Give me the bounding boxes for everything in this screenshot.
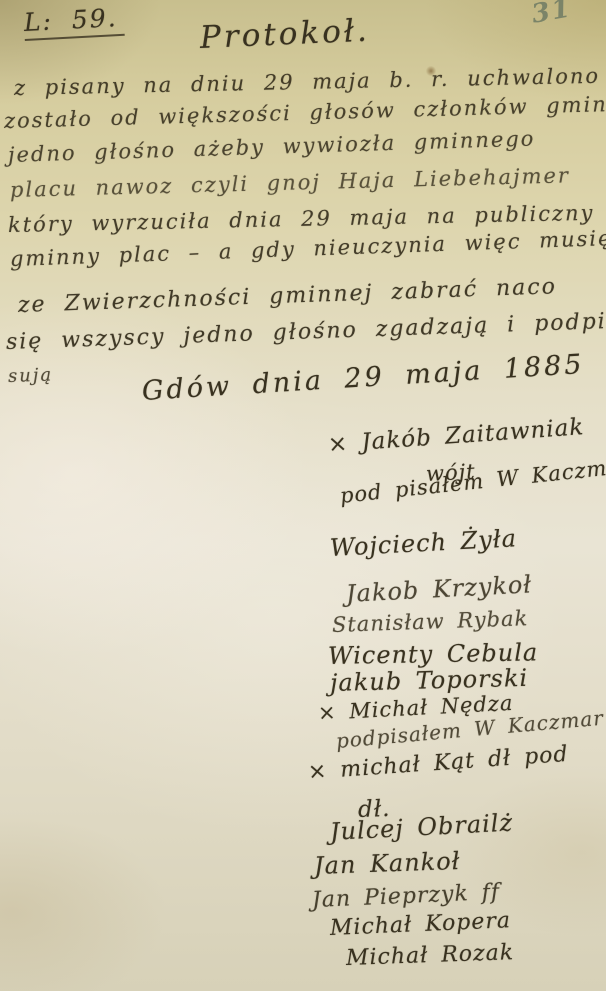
signature-line: Julcej Obrailż (329, 808, 514, 846)
body-line: się wszyscy jedno głośno zgadzają i podp… (6, 309, 606, 355)
signature-line: Michał Kopera (329, 908, 511, 941)
document-page: L: 59. Protokoł. 31 z pisany na dniu 29 … (0, 0, 606, 991)
signature-line: Jakob Krzykoł (345, 570, 533, 608)
signature-line: Jan Pieprzyk ff (311, 880, 500, 913)
document-title: Protokoł. (199, 13, 370, 56)
body-line: sują (8, 364, 54, 387)
signature-line: Jan Kankoł (314, 847, 461, 880)
signature-line: Michał Rozak (346, 940, 515, 971)
signature-line: Wojciech Żyła (329, 524, 517, 562)
page-number: 31 (529, 0, 574, 30)
ledger-number: L: 59. (23, 3, 124, 41)
body-line: jedno głośno ażeby wywiozła gminnego (8, 126, 536, 167)
body-line: ze Zwierzchności gminnej zabrać naco (18, 274, 558, 318)
signature-line: × Jakób Zaitawniak (327, 414, 585, 458)
dateline: Gdów dnia 29 maja 1885 (141, 349, 585, 407)
signature-line: Stanisław Rybak (332, 606, 529, 637)
body-line: placu nawoz czyli gnoj Haja Liebehajmer (10, 163, 571, 202)
